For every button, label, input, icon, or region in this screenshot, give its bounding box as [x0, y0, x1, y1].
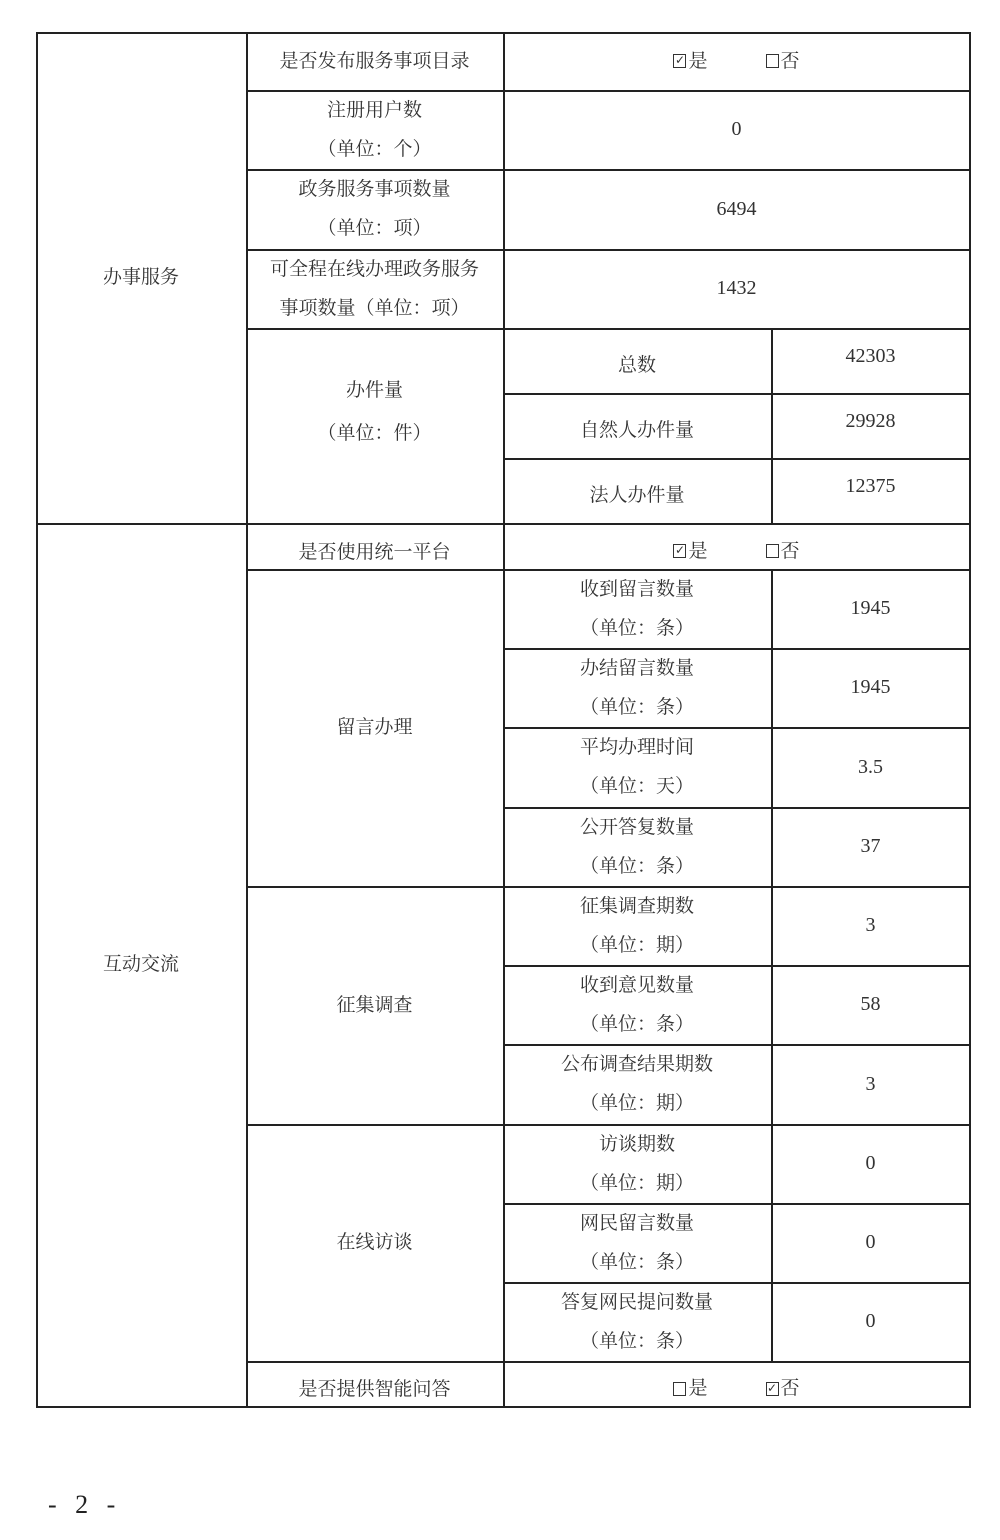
label-text: 办结留言数量	[580, 649, 694, 688]
value-avg-handling-time: 3.5	[771, 727, 970, 807]
sub-label-results-published: 公布调查结果期数 （单位：期）	[503, 1044, 771, 1124]
value-text: 1945	[851, 589, 891, 628]
group-label-online-interview: 在线访谈	[246, 1124, 503, 1361]
unit-text: （单位：条）	[580, 1005, 694, 1044]
label-text: 公布调查结果期数	[561, 1045, 713, 1084]
sub-label-survey-periods: 征集调查期数 （单位：期）	[503, 886, 771, 965]
yesno-publish-catalog: ✓ 是 否	[503, 32, 970, 90]
value-text: 42303	[846, 337, 896, 376]
option-yes[interactable]: ✓ 是	[673, 42, 707, 81]
value-text: 12375	[846, 467, 896, 506]
unit-text: 事项数量（单位：项）	[279, 289, 469, 328]
row-label-service-items: 政务服务事项数量 （单位：项）	[246, 169, 503, 249]
label-text: 办件量	[346, 371, 403, 410]
value-text: 6494	[717, 190, 757, 229]
label-text: 在线访谈	[336, 1223, 412, 1262]
checkbox-unchecked-icon[interactable]	[673, 1382, 686, 1396]
sub-label-opinions-received: 收到意见数量 （单位：条）	[503, 965, 771, 1044]
yesno-unified-platform: ✓ 是 否	[503, 523, 970, 569]
option-label: 是	[688, 1369, 707, 1408]
label-text: 收到意见数量	[580, 966, 694, 1005]
unit-text: （单位：项）	[317, 209, 431, 248]
option-no[interactable]: 否	[766, 42, 800, 81]
option-label: 否	[781, 532, 800, 571]
option-label: 是	[688, 532, 707, 571]
section-label-services: 办事服务	[36, 32, 246, 523]
value-messages-closed: 1945	[771, 648, 970, 727]
group-label-case-volume: 办件量 （单位：件）	[246, 328, 503, 523]
label-text: 可全程在线办理政务服务	[270, 250, 479, 289]
label-text: 收到留言数量	[580, 570, 694, 609]
value-messages-received: 1945	[771, 569, 970, 648]
checkbox-checked-icon[interactable]: ✓	[673, 54, 686, 68]
value-text: 37	[861, 827, 881, 866]
value-text: 0	[866, 1302, 876, 1341]
checkbox-checked-icon[interactable]: ✓	[673, 544, 686, 558]
option-no[interactable]: 否	[766, 532, 800, 571]
row-label-registered-users: 注册用户数 （单位：个）	[246, 90, 503, 169]
option-label: 是	[688, 42, 707, 81]
label-text: 访谈期数	[599, 1125, 675, 1164]
value-text: 0	[866, 1144, 876, 1183]
group-label-survey: 征集调查	[246, 886, 503, 1124]
sub-label-public-replies: 公开答复数量 （单位：条）	[503, 807, 771, 886]
unit-text: （单位：条）	[580, 688, 694, 727]
row-label-publish-catalog: 是否发布服务事项目录	[246, 32, 503, 90]
label-text: 总数	[618, 346, 656, 385]
label-text: 公开答复数量	[580, 808, 694, 847]
value-text: 1945	[851, 668, 891, 707]
row-label-smart-qa: 是否提供智能问答	[246, 1361, 503, 1406]
label-text: 网民留言数量	[580, 1204, 694, 1243]
option-label: 否	[781, 42, 800, 81]
value-opinions-received: 58	[771, 965, 970, 1044]
checkbox-unchecked-icon[interactable]	[766, 544, 779, 558]
value-text: 0	[866, 1223, 876, 1262]
label-text: 是否提供智能问答	[298, 1370, 450, 1409]
checkbox-checked-icon[interactable]: ✓	[766, 1382, 779, 1396]
option-no[interactable]: ✓ 否	[766, 1369, 800, 1408]
value-total: 42303	[771, 328, 970, 393]
label-text: 是否发布服务事项目录	[279, 42, 469, 81]
section-label-interaction: 互动交流	[36, 523, 246, 1406]
sub-label-natural-person: 自然人办件量	[503, 393, 771, 458]
checkbox-unchecked-icon[interactable]	[766, 54, 779, 68]
unit-text: （单位：期）	[580, 1084, 694, 1123]
label-text: 平均办理时间	[580, 728, 694, 767]
value-text: 3	[866, 1065, 876, 1104]
value-text: 29928	[846, 402, 896, 441]
unit-text: （单位：个）	[317, 130, 431, 169]
row-label-unified-platform: 是否使用统一平台	[246, 523, 503, 569]
table-border-bottom	[36, 1406, 971, 1408]
value-registered-users: 0	[503, 90, 970, 169]
unit-text: （单位：条）	[580, 1243, 694, 1282]
sub-label-avg-handling-time: 平均办理时间 （单位：天）	[503, 727, 771, 807]
value-legal-person: 12375	[771, 458, 970, 523]
unit-text: （单位：件）	[317, 414, 431, 453]
value-text: 3	[866, 906, 876, 945]
label-text: 注册用户数	[327, 91, 422, 130]
sub-label-interview-periods: 访谈期数 （单位：期）	[503, 1124, 771, 1203]
page-number: - 2 -	[48, 1490, 121, 1520]
label-text: 征集调查期数	[580, 887, 694, 926]
sub-label-legal-person: 法人办件量	[503, 458, 771, 523]
sub-label-netizen-messages: 网民留言数量 （单位：条）	[503, 1203, 771, 1282]
value-natural-person: 29928	[771, 393, 970, 458]
value-public-replies: 37	[771, 807, 970, 886]
label-text: 政务服务事项数量	[298, 170, 450, 209]
label-text: 自然人办件量	[580, 411, 694, 450]
label-text: 答复网民提问数量	[561, 1283, 713, 1322]
value-service-items: 6494	[503, 169, 970, 249]
value-survey-periods: 3	[771, 886, 970, 965]
row-label-online-items: 可全程在线办理政务服务 事项数量（单位：项）	[246, 249, 503, 328]
unit-text: （单位：条）	[580, 609, 694, 648]
unit-text: （单位：条）	[580, 1322, 694, 1361]
value-text: 58	[861, 985, 881, 1024]
value-text: 1432	[717, 269, 757, 308]
section-title: 互动交流	[103, 945, 179, 984]
unit-text: （单位：天）	[580, 767, 694, 806]
sub-label-total: 总数	[503, 328, 771, 393]
value-results-published: 3	[771, 1044, 970, 1124]
group-label-message-handling: 留言办理	[246, 569, 503, 886]
sub-label-questions-answered: 答复网民提问数量 （单位：条）	[503, 1282, 771, 1361]
value-questions-answered: 0	[771, 1282, 970, 1361]
section-title: 办事服务	[103, 258, 179, 297]
value-text: 3.5	[858, 748, 883, 787]
sub-label-messages-closed: 办结留言数量 （单位：条）	[503, 648, 771, 727]
option-yes[interactable]: ✓ 是	[673, 532, 707, 571]
label-text: 留言办理	[336, 708, 412, 747]
unit-text: （单位：条）	[580, 847, 694, 886]
unit-text: （单位：期）	[580, 1164, 694, 1203]
label-text: 法人办件量	[589, 476, 684, 515]
yesno-smart-qa: 是 ✓ 否	[503, 1361, 970, 1406]
value-netizen-messages: 0	[771, 1203, 970, 1282]
label-text: 征集调查	[336, 986, 412, 1025]
option-yes[interactable]: 是	[673, 1369, 707, 1408]
label-text: 是否使用统一平台	[298, 533, 450, 572]
value-online-items: 1432	[503, 249, 970, 328]
value-text: 0	[732, 110, 742, 149]
option-label: 否	[781, 1369, 800, 1408]
unit-text: （单位：期）	[580, 926, 694, 965]
sub-label-messages-received: 收到留言数量 （单位：条）	[503, 569, 771, 648]
value-interview-periods: 0	[771, 1124, 970, 1203]
